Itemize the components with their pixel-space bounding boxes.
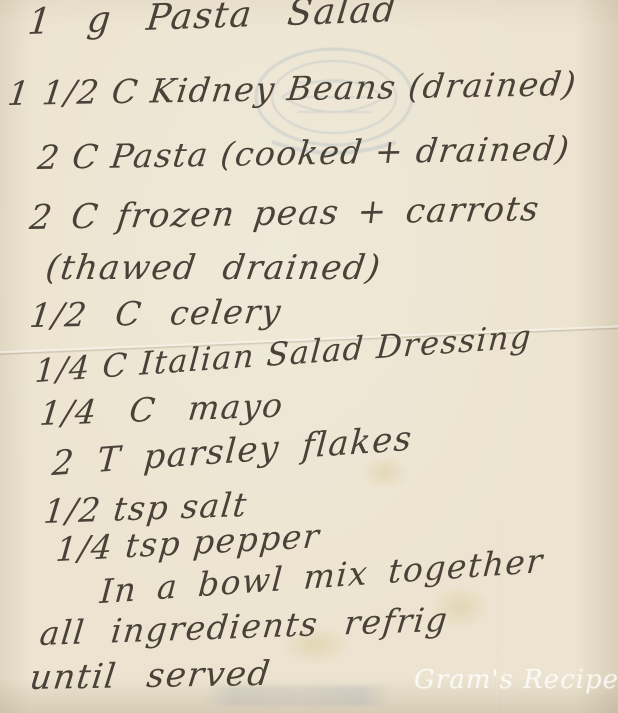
recipe-card-scan: 1 g Pasta Salad 1 1/2 C Kidney Beans (dr… bbox=[0, 0, 618, 713]
ingredient-line: 2 C Pasta (cooked + drained) bbox=[36, 129, 573, 177]
ingredient-line: 2 C frozen peas + carrots bbox=[28, 189, 543, 238]
ingredient-line: (thawed drained) bbox=[43, 248, 384, 288]
watermark-text: Gram's Recipe Box bbox=[414, 665, 618, 695]
ingredient-line: 1/4 C mayo bbox=[38, 385, 286, 433]
ingredient-line: 1/2 C celery bbox=[28, 292, 285, 335]
recipe-title: 1 g Pasta Salad bbox=[26, 0, 400, 43]
ingredient-line: 1 1/2 C Kidney Beans (drained) bbox=[6, 64, 580, 113]
ink-bleed-through bbox=[205, 686, 390, 706]
